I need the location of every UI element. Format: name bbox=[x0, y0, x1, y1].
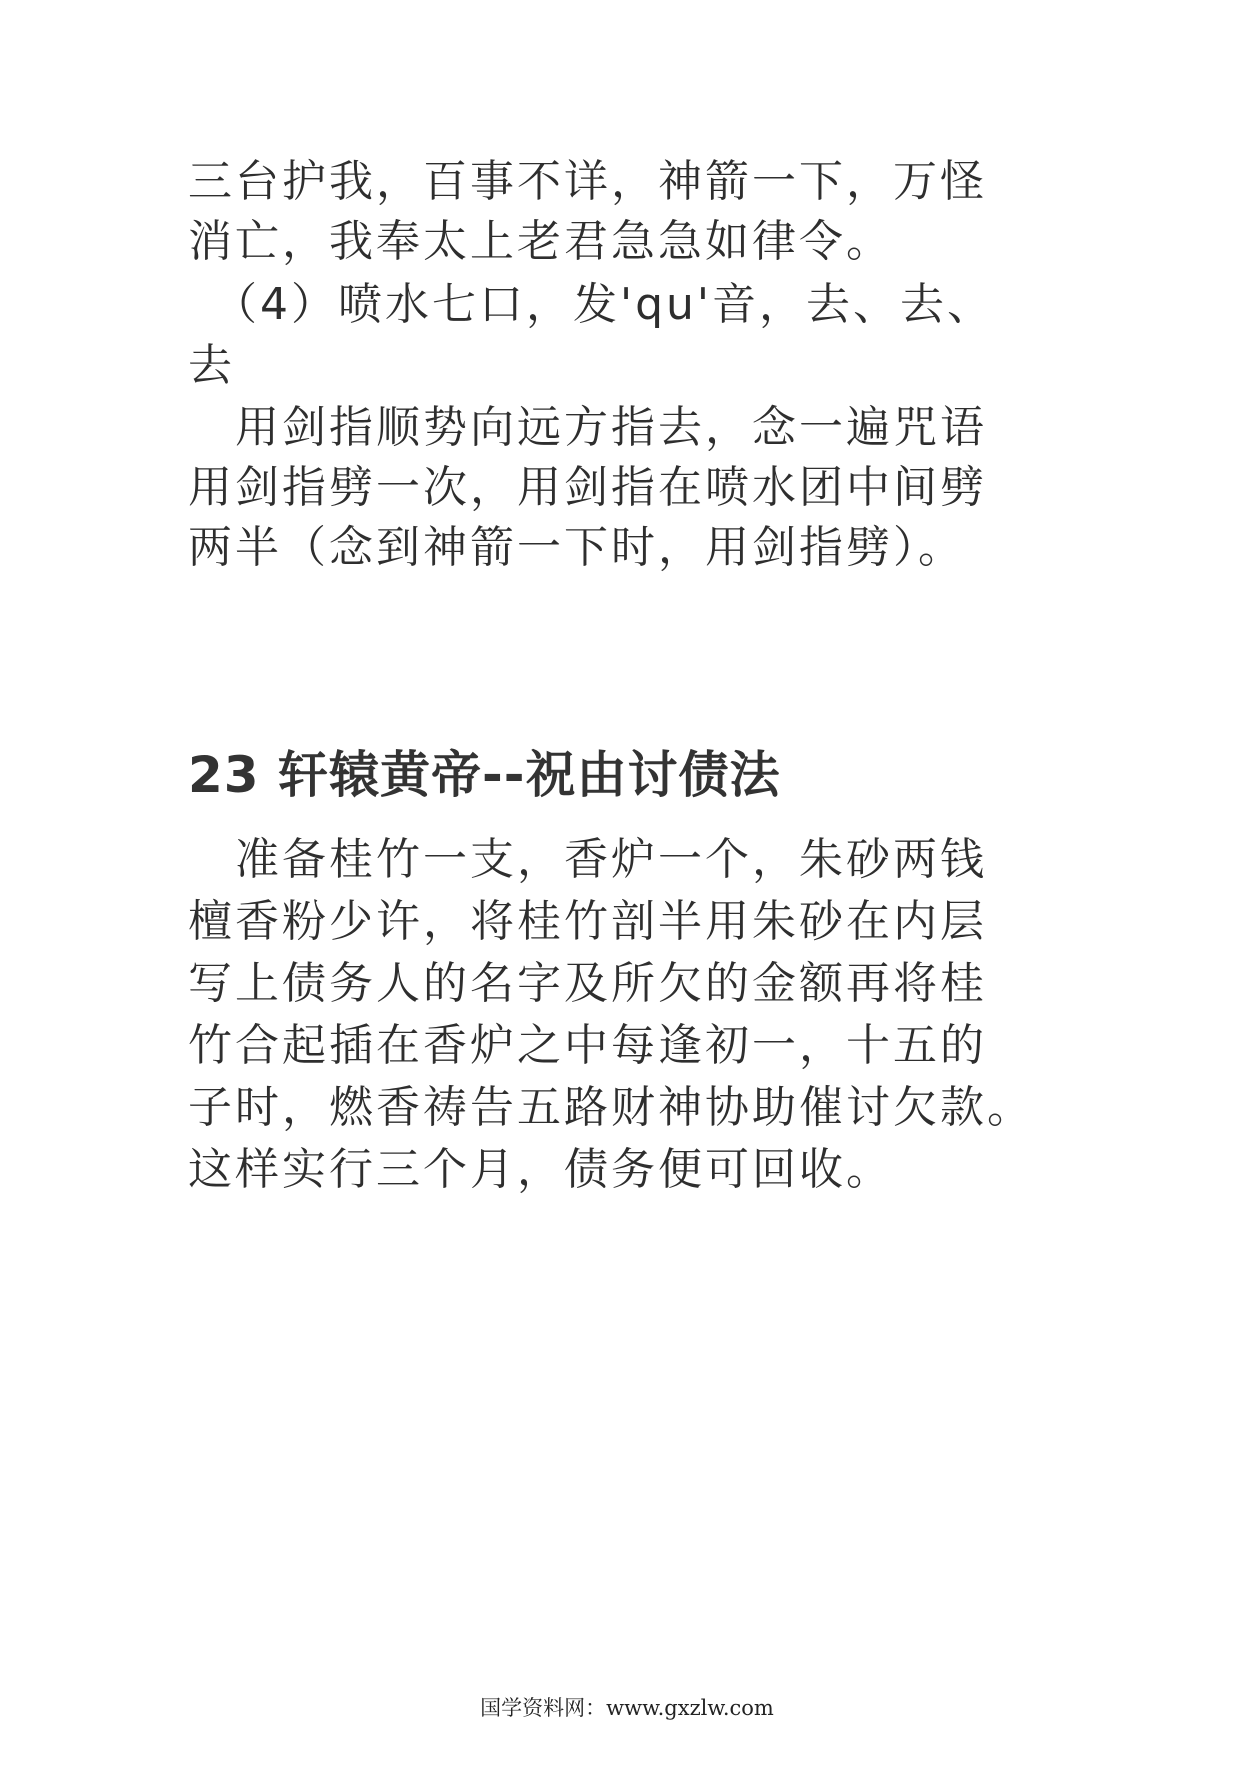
body-line: 檀香粉少许，将桂竹剖半用朱砂在内层 bbox=[188, 892, 987, 952]
body-line: 这样实行三个月，债务便可回收。 bbox=[188, 1140, 893, 1200]
body-line: 去 bbox=[188, 336, 235, 396]
body-line: 消亡，我奉太上老君急急如律令。 bbox=[188, 212, 893, 272]
section-heading: 23 轩辕黄帝--祝由讨债法 bbox=[188, 740, 781, 810]
body-line: 竹合起插在香炉之中每逢初一，十五的 bbox=[188, 1016, 987, 1076]
page-footer: 国学资料网：www.gxzlw.com bbox=[0, 1692, 1254, 1722]
body-line: 子时，燃香祷告五路财神协助催讨欠款。 bbox=[188, 1078, 1034, 1138]
body-line: 写上债务人的名字及所欠的金额再将桂 bbox=[188, 954, 987, 1014]
body-line: 准备桂竹一支，香炉一个，朱砂两钱 bbox=[188, 830, 987, 890]
body-line: 用剑指顺势向远方指去，念一遍咒语 bbox=[188, 398, 987, 458]
body-line: （4）喷水七口，发'qu'音，去、去、 bbox=[188, 275, 994, 335]
document-page: 三台护我，百事不详，神箭一下，万怪 消亡，我奉太上老君急急如律令。 （4）喷水七… bbox=[0, 0, 1254, 1778]
body-line: 三台护我，百事不详，神箭一下，万怪 bbox=[188, 152, 987, 212]
body-line: 用剑指劈一次，用剑指在喷水团中间劈 bbox=[188, 458, 987, 518]
body-line: 两半（念到神箭一下时，用剑指劈）。 bbox=[188, 518, 965, 578]
